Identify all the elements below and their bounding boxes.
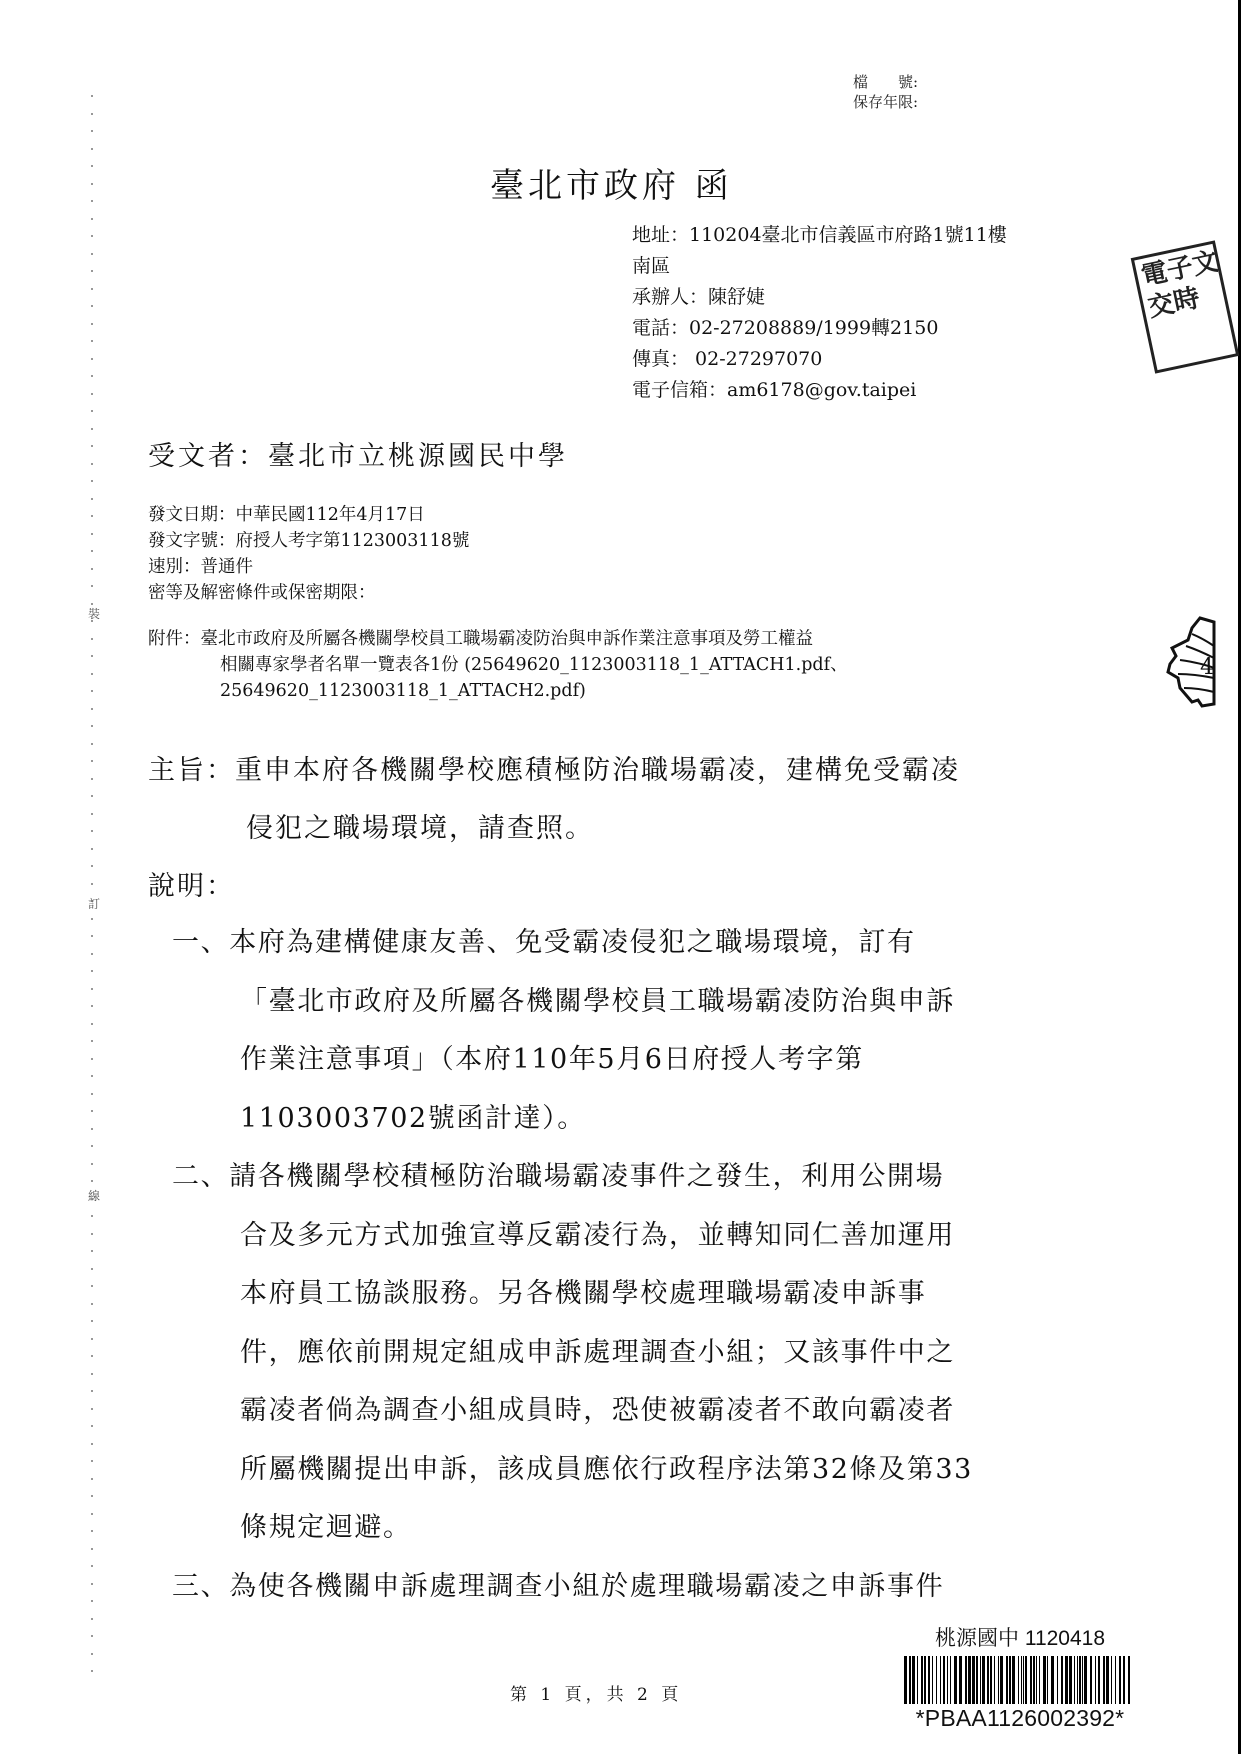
item-2-line-2: 合及多元方式加強宣導反霸凌行為，並轉知同仁善加運用 (172, 1207, 973, 1266)
issue-date: 發文日期：中華民國112年4月17日 (148, 502, 469, 528)
attachments: 附件：臺北市政府及所屬各機關學校員工職場霸凌防治與申訴作業注意事項及勞工權益 相… (148, 626, 848, 704)
item-1-line-1: 一、本府為建構健康友善、免受霸凌侵犯之職場環境，訂有 (172, 914, 955, 973)
item-2-line-4: 件，應依前開規定組成申訴處理調查小組；又該事件中之 (172, 1324, 973, 1383)
binding-margin: 裝 訂 線 (84, 95, 104, 1675)
secrecy-level: 密等及解密條件或保密期限： (148, 580, 469, 606)
binding-label-bottom: 線 (84, 1187, 104, 1204)
page-number: 第 1 頁，共 2 頁 (510, 1680, 682, 1705)
barcode-label: 桃源國中 1120418 (898, 1622, 1142, 1652)
electronic-exchange-stamp: 電子文交時 (1131, 240, 1240, 373)
delivery-speed: 速別：普通件 (148, 554, 469, 580)
address-line-1: 地址：110204臺北市信義區市府路1號11樓 (632, 220, 1007, 251)
binding-label-top: 裝 (84, 605, 104, 622)
explanation-item-3: 三、為使各機關申訴處理調查小組於處理職場霸凌之申訴事件 (172, 1558, 944, 1617)
item-1-line-2: 「臺北市政府及所屬各機關學校員工職場霸凌防治與申訴 (172, 973, 955, 1032)
receipt-stamp-icon: 4 (1162, 612, 1222, 712)
barcode-code: *PBAA1126002392* (898, 1705, 1142, 1732)
explanation-item-2: 二、請各機關學校積極防治職場霸凌事件之發生，利用公開場 合及多元方式加強宣導反霸… (172, 1148, 973, 1558)
subject: 主旨：重申本府各機關學校應積極防治職場霸凌，建構免受霸凌 侵犯之職場環境，請查照… (148, 742, 960, 858)
retention-label: 保存年限: (853, 92, 918, 112)
file-number-label: 檔 號: (853, 72, 918, 92)
subject-line-2: 侵犯之職場環境，請查照。 (148, 800, 960, 858)
attachment-line-1: 附件：臺北市政府及所屬各機關學校員工職場霸凌防治與申訴作業注意事項及勞工權益 (148, 626, 848, 652)
recipient: 受文者：臺北市立桃源國民中學 (148, 434, 568, 473)
attachment-line-3: 25649620_1123003118_1_ATTACH2.pdf) (148, 678, 848, 704)
barcode-icon (904, 1656, 1136, 1704)
attachment-line-2: 相關專家學者名單一覽表各1份 (25649620_1123003118_1_AT… (148, 652, 848, 678)
subject-line-1: 主旨：重申本府各機關學校應積極防治職場霸凌，建構免受霸凌 (148, 742, 960, 800)
file-meta: 檔 號: 保存年限: (853, 72, 918, 112)
barcode-block: 桃源國中 1120418 *PBAA1126002392* (898, 1622, 1142, 1732)
fax: 傳真： 02-27297070 (632, 344, 1007, 375)
email: 電子信箱：am6178@gov.taipei (632, 375, 1007, 406)
item-1-line-3: 作業注意事項」（本府110年5月6日府授人考字第 (172, 1031, 955, 1090)
item-2-line-3: 本府員工協談服務。另各機關學校處理職場霸凌申訴事 (172, 1265, 973, 1324)
handler: 承辦人：陳舒婕 (632, 282, 1007, 313)
item-2-line-1: 二、請各機關學校積極防治職場霸凌事件之發生，利用公開場 (172, 1148, 973, 1207)
document-meta: 發文日期：中華民國112年4月17日 發文字號：府授人考字第1123003118… (148, 502, 469, 606)
contact-block: 地址：110204臺北市信義區市府路1號11樓 南區 承辦人：陳舒婕 電話：02… (632, 220, 1007, 406)
reference-number: 發文字號：府授人考字第1123003118號 (148, 528, 469, 554)
item-2-line-5: 霸凌者倘為調查小組成員時，恐使被霸凌者不敢向霸凌者 (172, 1382, 973, 1441)
document-title: 臺北市政府 函 (490, 158, 733, 207)
item-3-line-1: 三、為使各機關申訴處理調查小組於處理職場霸凌之申訴事件 (172, 1558, 944, 1617)
item-2-line-7: 條規定迴避。 (172, 1499, 973, 1558)
explanation-item-1: 一、本府為建構健康友善、免受霸凌侵犯之職場環境，訂有 「臺北市政府及所屬各機關學… (172, 914, 955, 1148)
item-2-line-6: 所屬機關提出申訴，該成員應依行政程序法第32條及第33 (172, 1441, 973, 1500)
binding-label-middle: 訂 (84, 895, 104, 912)
receipt-stamp-number: 4 (1200, 655, 1214, 680)
item-1-line-4: 1103003702號函計達）。 (172, 1090, 955, 1149)
explanation-heading: 說明： (148, 864, 235, 903)
phone: 電話：02-27208889/1999轉2150 (632, 313, 1007, 344)
address-line-2: 南區 (632, 251, 1007, 282)
